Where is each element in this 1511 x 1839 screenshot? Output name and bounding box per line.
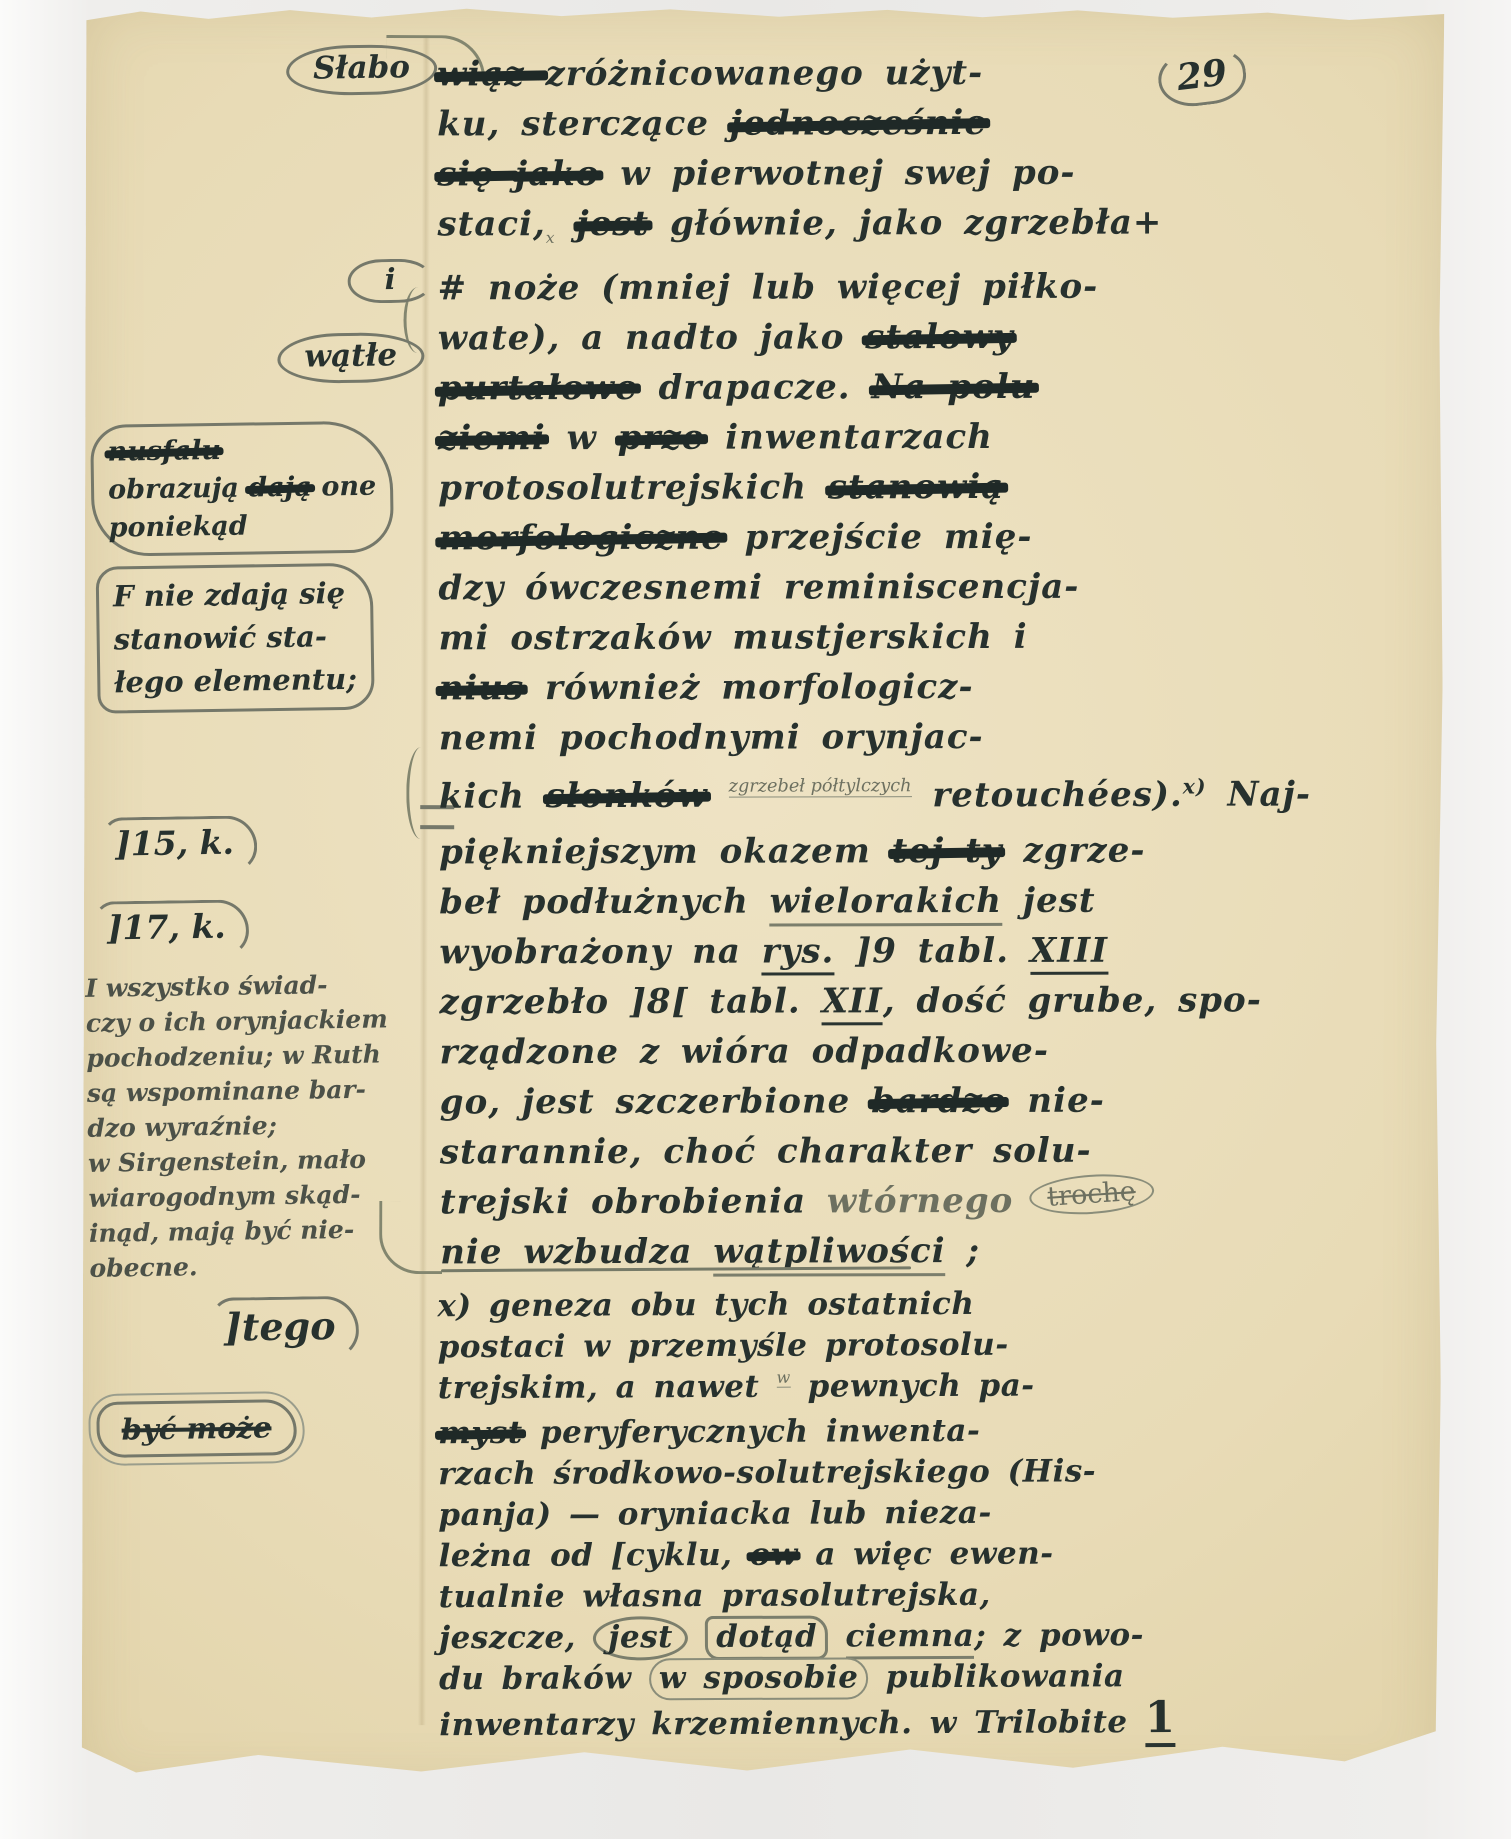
handwriting-line: dzo wyraźnie;: [87, 1106, 389, 1145]
text-segment-bigu: 1: [1145, 1692, 1176, 1747]
handwriting-line: purtałowe drapacze. Na polu: [438, 361, 1298, 413]
text-segment: I wszystko świad-: [85, 970, 328, 1003]
main-text-column: wiąz zróżnicowanego użyt-ku, sterczące j…: [437, 47, 1300, 1277]
handwriting-line: dzy ówczesnemi reminiscencja-: [438, 561, 1298, 613]
scan-background: { "document": { "kind": "handwritten man…: [0, 0, 1511, 1839]
handwriting-line: obrazują dają one: [108, 468, 377, 510]
text-segment-xout: stanowią: [828, 467, 1005, 507]
margin-note-slabo: Słabo: [286, 44, 437, 96]
text-segment: , dość grube, spo-: [883, 980, 1262, 1021]
handwriting-line: zgrzebło ]8[ tabl. XII, dość grube, spo-: [439, 975, 1299, 1027]
handwriting-line: jeszcze, jest dotąd ciemna; z powo-: [439, 1614, 1319, 1659]
text-segment: inwentarzy krzemiennych. w Trilobite: [439, 1704, 1145, 1743]
text-segment: mi ostrzaków mustjerskich i: [439, 617, 1028, 659]
text-segment: one: [312, 471, 377, 503]
text-segment: obecne.: [89, 1252, 197, 1283]
margin-note-15k: ]15, k.: [102, 815, 258, 874]
margin-note-17k: ]17, k.: [94, 899, 250, 958]
text-segment-xout: wiąz: [437, 54, 545, 94]
text-segment: starannie, choć charakter solu-: [440, 1131, 1092, 1173]
text-segment: ;: [946, 1231, 980, 1271]
text-segment: są wspominane bar-: [87, 1075, 366, 1108]
text-segment-xout: bardzo: [871, 1081, 1007, 1121]
handwriting-line: pochodzeniu; w Ruth: [86, 1036, 388, 1075]
text-segment: trejskim, a nawet: [438, 1369, 777, 1406]
handwriting-line: ]tego: [224, 1303, 336, 1350]
handwriting-line: nemi pochodnymi orynjac-: [439, 711, 1299, 763]
text-segment: dzy ówczesnemi reminiscencja-: [438, 567, 1079, 609]
text-segment-xout: myst: [438, 1415, 523, 1451]
text-segment: peryferycznych inwenta-: [523, 1413, 981, 1451]
text-segment: inąd, mają być nie-: [89, 1215, 355, 1248]
text-segment-xout: morfologiczne: [438, 517, 724, 558]
handwriting-line: w Sirgenstein, mało: [88, 1141, 390, 1180]
handwriting-line: obecne.: [89, 1246, 391, 1285]
handwriting-line: trejskim, a nawet w pewnych pa-: [438, 1364, 1318, 1413]
text-segment-xout: stalowy: [865, 317, 1014, 357]
text-segment-xout: tej ty: [892, 831, 1003, 871]
text-segment-subp: x: [546, 229, 556, 247]
handwriting-line: du braków w sposobie publikowania: [439, 1655, 1319, 1700]
handwriting-line: łego elementu;: [114, 658, 357, 705]
text-segment-strike: być może: [121, 1410, 271, 1446]
text-segment: rzach środkowo-solutrejskiego (His-: [438, 1453, 1096, 1492]
text-segment: pewnych pa-: [790, 1368, 1034, 1405]
handwriting-line: piękniejszym okazem tej ty zgrze-: [439, 825, 1299, 877]
text-segment: nie wzbudza: [440, 1232, 713, 1273]
text-segment: [828, 1618, 845, 1654]
text-segment: obrazują: [108, 473, 249, 506]
text-segment-u: rys.: [762, 931, 835, 975]
handwriting-line: tualnie własna prasolutrejska,: [439, 1573, 1319, 1618]
handwriting-line: się jako w pierwotnej swej po-: [437, 147, 1297, 199]
handwriting-line: ku, sterczące jednocześnie: [437, 97, 1297, 149]
handwriting-line: Słabo: [313, 49, 410, 86]
text-segment-box: dotąd: [705, 1616, 828, 1661]
text-segment-circ: jest: [593, 1616, 688, 1660]
margin-note-nie-zdaja: F nie zdają sięstanowić sta-łego element…: [96, 563, 375, 714]
text-segment-xout: się: [437, 154, 515, 194]
text-segment: wątłe: [304, 337, 397, 374]
handwriting-line: staci,x jest głównie, jako zgrzebła+: [437, 197, 1297, 263]
text-segment: zgrze-: [1002, 831, 1145, 871]
handwriting-line: x) geneza obu tych ostatnich: [437, 1282, 1317, 1327]
handwriting-line: # noże (mniej lub więcej piłko-: [438, 261, 1298, 313]
text-segment: ]17, k.: [107, 907, 226, 948]
handwriting-line: są wspominane bar-: [87, 1071, 389, 1110]
text-segment: głównie, jako zgrzebła+: [649, 203, 1162, 244]
text-segment: [688, 1619, 705, 1655]
text-segment-xout: ow: [750, 1537, 799, 1573]
text-segment: jest: [1002, 881, 1096, 921]
handwriting-line: kich słonków zgrzebeł półtylczych retouc…: [439, 761, 1299, 828]
handwriting-line: wyobrażony na rys. ]9 tabl. XIII: [439, 925, 1299, 977]
text-segment: go, jest szczerbione: [440, 1081, 871, 1122]
text-segment: x) geneza obu tych ostatnich: [437, 1286, 974, 1324]
text-segment: w Sirgenstein, mało: [88, 1145, 366, 1178]
handwriting-line: wiąz zróżnicowanego użyt-: [437, 47, 1297, 99]
text-segment: rządzone z wióra odpadkowe-: [440, 1031, 1049, 1073]
text-segment-xout: prze: [618, 418, 705, 458]
text-segment: stanowić sta-: [113, 619, 327, 656]
text-segment: zróżnicowanego użyt-: [545, 53, 983, 94]
handwriting-line: morfologiczne przejście mię-: [438, 511, 1298, 563]
handwriting-line: leżna od [cyklu, ow a więc ewen-: [438, 1532, 1318, 1577]
margin-note-wszystko-swiadczy: I wszystko świad-czy o ich orynjackiempo…: [85, 966, 391, 1285]
text-segment: łego elementu;: [114, 662, 357, 700]
handwriting-line: nusfalu: [107, 430, 376, 472]
text-segment: trejski obrobienia: [440, 1182, 827, 1223]
text-segment-up: wielorakich: [770, 881, 1002, 927]
text-segment: piękniejszym okazem: [439, 831, 892, 872]
text-segment-u: XIII: [1030, 931, 1108, 975]
handwriting-line: postaci w przemyśle protosolu-: [438, 1323, 1318, 1368]
text-segment: wyobrażony na: [439, 932, 761, 973]
text-segment: du braków: [439, 1660, 649, 1697]
handwriting-line: inąd, mają być nie-: [89, 1211, 391, 1250]
text-segment: # noże (mniej lub więcej piłko-: [438, 266, 1099, 308]
text-segment-xout: jest: [576, 204, 649, 244]
text-segment: tualnie własna prasolutrejska,: [439, 1577, 991, 1615]
text-segment-ins: w: [776, 1368, 790, 1388]
handwriting-line: go, jest szczerbione bardzo nie-: [440, 1075, 1300, 1127]
text-segment: drapacze.: [638, 367, 872, 408]
text-segment: nie-: [1007, 1081, 1105, 1121]
text-segment-xout: jako: [515, 154, 600, 194]
text-segment: Naj-: [1207, 774, 1311, 814]
text-segment: retouchées).: [911, 775, 1182, 816]
text-segment: a więc ewen-: [798, 1536, 1054, 1573]
text-segment: Słabo: [313, 49, 410, 86]
handwriting-line: rzach środkowo-solutrejskiego (His-: [438, 1450, 1318, 1495]
text-segment: leżna od [cyklu,: [438, 1537, 749, 1574]
text-segment-u: XII: [822, 981, 883, 1025]
text-segment: również morfologicz-: [524, 667, 973, 708]
text-segment-xout: nusfalu: [107, 435, 221, 468]
handwriting-line: myst peryferycznych inwenta-: [438, 1409, 1318, 1454]
margin-note-tego: ]tego: [210, 1296, 359, 1361]
text-segment: nemi pochodnymi orynjac-: [439, 717, 984, 758]
handwriting-line: rządzone z wióra odpadkowe-: [440, 1025, 1300, 1077]
text-segment-xout: jednocześnie: [730, 103, 987, 144]
handwriting-line: F nie zdają się: [113, 572, 356, 619]
text-segment: kich: [439, 776, 546, 816]
text-segment: protosolutrejskich: [438, 467, 828, 508]
handwriting-line: I wszystko świad-: [85, 966, 387, 1005]
text-segment-xout: ziemi: [438, 418, 546, 458]
text-segment: publikowania: [868, 1658, 1124, 1695]
handwriting-line: wątłe: [304, 337, 397, 374]
handwriting-line: wiarogodnym skąd-: [88, 1176, 390, 1215]
handwriting-line: trejski obrobienia wtórnego: [440, 1175, 1300, 1227]
text-segment: wate), a nadto jako: [438, 317, 866, 358]
text-segment-pencil: wtórnego: [827, 1181, 1013, 1221]
handwriting-line: ]17, k.: [107, 907, 226, 948]
text-segment: dzo wyraźnie;: [87, 1111, 277, 1143]
handwriting-line: stanowić sta-: [113, 615, 356, 662]
text-segment: zgrzebło ]8[ tabl.: [439, 982, 821, 1023]
text-segment: i: [384, 262, 396, 296]
handwriting-line: protosolutrejskich stanowią: [438, 461, 1298, 513]
margin-note-obrazuja: nusfaluobrazują dają oneponiekąd: [90, 420, 394, 556]
text-segment-xout: słonków: [546, 776, 708, 816]
handwriting-line: inwentarzy krzemiennych. w Trilobite 1: [439, 1696, 1319, 1746]
text-segment: poniekąd: [108, 511, 247, 544]
text-segment: inwentarzach: [704, 417, 993, 458]
handwriting-line: mi ostrzaków mustjerskich i: [438, 611, 1298, 663]
handwriting-line: poniekąd: [108, 506, 377, 548]
text-segment: ; z powo-: [974, 1617, 1144, 1654]
margin-note-i: i: [347, 258, 433, 303]
footnote-column: x) geneza obu tych ostatnichpostaci w pr…: [437, 1282, 1319, 1746]
handwriting-line: być może: [121, 1410, 271, 1446]
text-segment: ]9 tabl.: [834, 931, 1030, 972]
text-segment-xout: nius: [439, 668, 525, 708]
text-segment: panja) — oryniacka lub nieza-: [438, 1495, 992, 1533]
text-segment-xout: purtałowe: [438, 368, 638, 409]
text-segment: beł podłużnych: [439, 882, 770, 923]
text-segment: ]15, k.: [115, 823, 234, 864]
text-segment: jeszcze,: [439, 1620, 593, 1657]
text-segment: w: [546, 418, 618, 458]
text-segment-up: ciemna: [845, 1618, 974, 1660]
text-segment: F nie zdają się: [113, 576, 346, 613]
text-segment: ku, sterczące: [437, 104, 730, 145]
handwriting-line: ]15, k.: [115, 823, 234, 864]
text-segment: ]tego: [224, 1303, 336, 1350]
text-segment-sup: x): [1183, 774, 1207, 798]
manuscript-page: 29 Słabo i wątłe nusfaluobrazują dają on…: [82, 4, 1445, 1794]
text-segment: czy o ich orynjackiem: [86, 1004, 388, 1037]
handwriting-line: wate), a nadto jako stalowy: [438, 311, 1298, 363]
margin-note-byc-moze: być może: [96, 1399, 297, 1458]
text-segment: wiarogodnym skąd-: [88, 1180, 360, 1213]
text-segment: pochodzeniu; w Ruth: [86, 1040, 381, 1073]
handwriting-line: starannie, choć charakter solu-: [440, 1125, 1300, 1177]
text-segment-xout: Na polu: [871, 367, 1035, 407]
handwriting-line: czy o ich orynjackiem: [86, 1001, 388, 1040]
text-segment: staci,: [437, 204, 545, 244]
handwriting-line: beł podłużnych wielorakich jest: [439, 875, 1299, 927]
text-segment: przejście mię-: [724, 517, 1033, 558]
handwriting-line: i: [384, 262, 396, 296]
margin-note-watle: wątłe: [277, 332, 424, 384]
text-segment-ins: zgrzebeł półtylczych: [729, 776, 912, 797]
handwriting-line: nius również morfologicz-: [439, 661, 1299, 713]
text-segment-loop: w sposobie: [649, 1657, 869, 1700]
text-segment: w pierwotnej swej po-: [599, 153, 1075, 194]
text-segment-xout: dają: [248, 472, 312, 504]
text-segment: postaci w przemyśle protosolu-: [438, 1327, 1009, 1365]
handwriting-line: panja) — oryniacka lub nieza-: [438, 1491, 1318, 1536]
handwriting-line: ziemi w prze inwentarzach: [438, 411, 1298, 463]
